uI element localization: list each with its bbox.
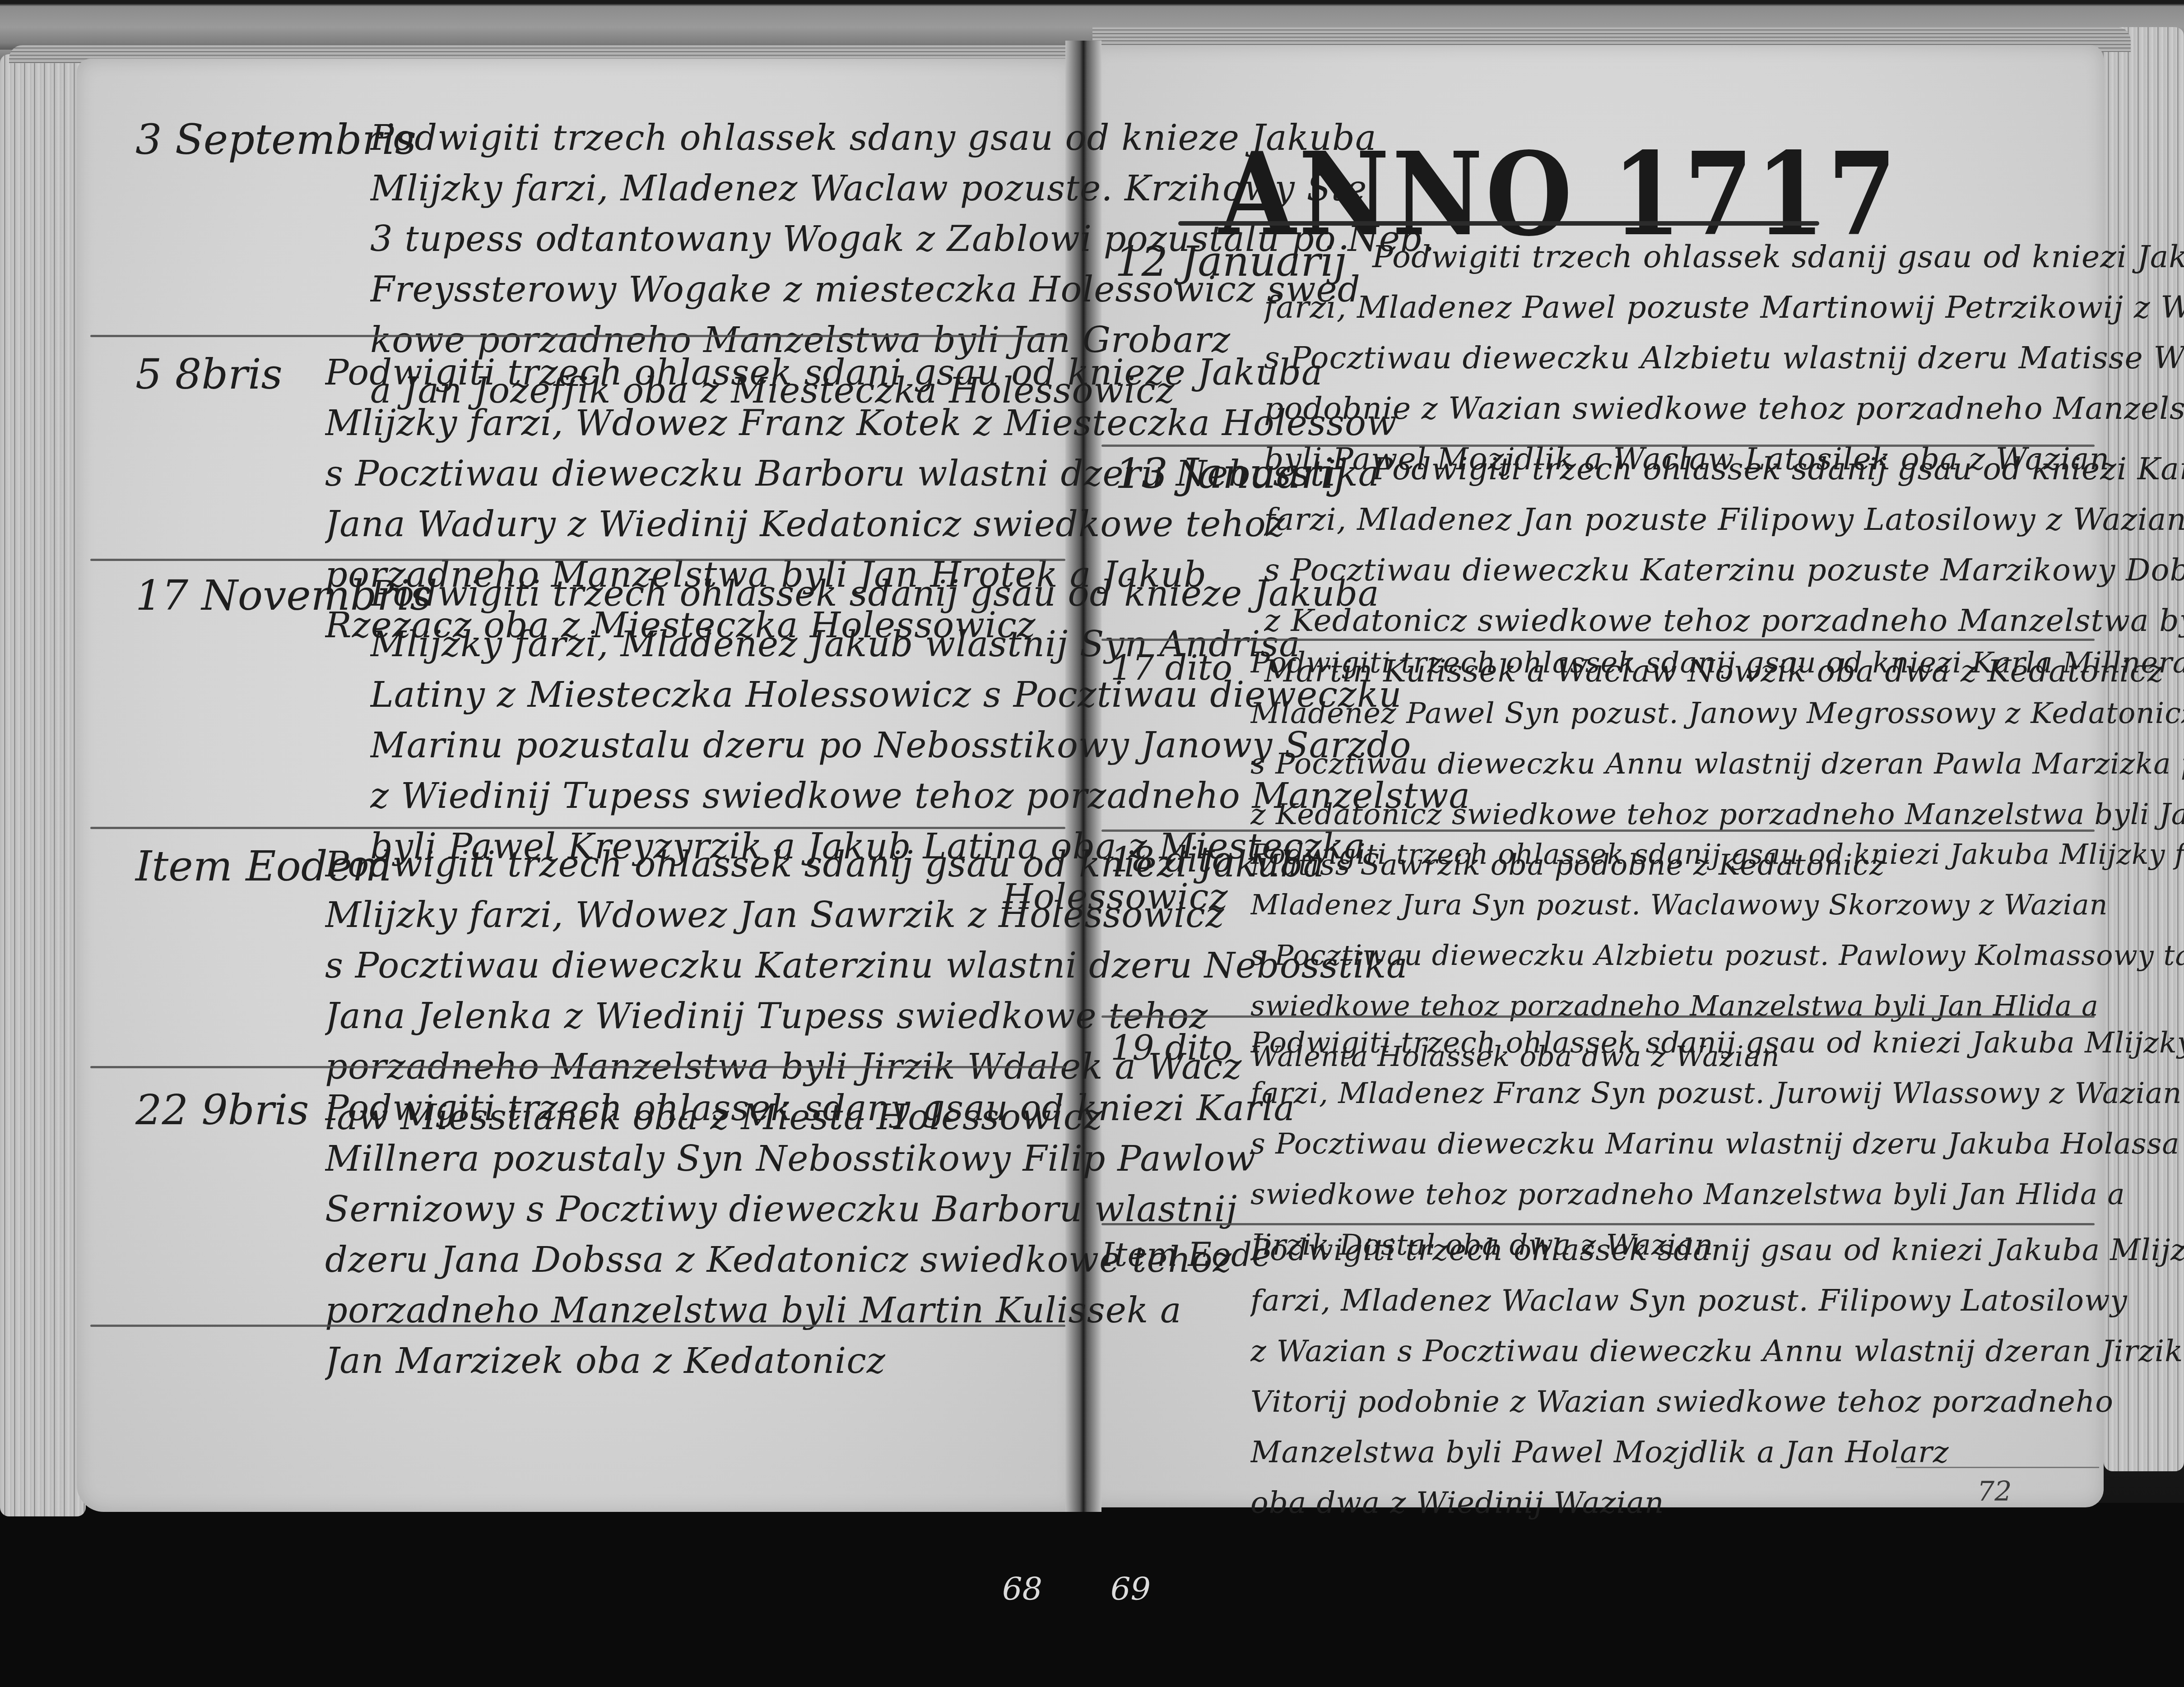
entry-divider xyxy=(1101,1223,2095,1225)
entry-line: Podwigiti trzech ohlassek sdanij gsau od… xyxy=(325,839,1408,890)
entry-line: Podwigiti trzech ohlassek sdany gsau od … xyxy=(325,1083,1295,1134)
entry-line: z Wazian s Pocztiwau dieweczku Annu wlas… xyxy=(1250,1329,2184,1379)
entry-line: Podwigiti trzech ohlassek sdanij gsau od… xyxy=(1250,1228,2184,1278)
entry-date: 19 dito xyxy=(1111,1021,1232,1075)
entry-line: Mlijzky farzi, Wdowez Franz Kotek z Mies… xyxy=(325,398,1397,449)
entry-line: Podwigiti trzech ohlassek sdanij gsau od… xyxy=(1250,833,2184,883)
page-edges-left xyxy=(0,54,86,1516)
entry-line: Podwigiti trzech ohlassek sdanij gsau od… xyxy=(1264,447,2184,497)
entry-divider xyxy=(90,1325,1065,1327)
heading-underline xyxy=(1178,221,1819,226)
entry-line: Podwigiti trzech ohlassek sdanij gsau od… xyxy=(1250,641,2184,691)
entry-divider xyxy=(90,827,1065,829)
entry-line: Podwigiti trzech ohlassek sdanij gsau od… xyxy=(1264,235,2184,285)
footer-rule xyxy=(1896,1467,2099,1468)
entry-line: farzi, Mladenez Waclaw Syn pozust. Filip… xyxy=(1250,1278,2184,1329)
entry-line: s Pocztiwau dieweczku Katerzinu wlastni … xyxy=(325,941,1408,991)
folio-number: 72 xyxy=(1977,1476,2012,1507)
entry-line: Jan Marzizek oba z Kedatonicz xyxy=(325,1336,1295,1386)
entry-divider xyxy=(90,335,1065,337)
entry-divider xyxy=(90,1066,1065,1068)
entry-line: s Pocztiwau dieweczku Katerzinu pozuste … xyxy=(1264,548,2184,598)
entry-line: swiedkowe tehoz porzadneho Manzelstwa by… xyxy=(1250,1173,2184,1223)
entry-line: Podwigiti trzech ohlassek sdanij gsau od… xyxy=(1250,1021,2184,1071)
entry-line: Mladenez Pawel Syn pozust. Janowy Megros… xyxy=(1250,691,2184,742)
page-number-right: 69 xyxy=(1111,1571,1151,1608)
entry-date: 18 dito xyxy=(1111,833,1232,887)
entry-date: 5 8bris xyxy=(135,348,283,402)
entry-line: farzi, Mladenez Jan pozuste Filipowy Lat… xyxy=(1264,497,2184,548)
entry-divider xyxy=(1101,1015,2095,1018)
entry-line: farzi, Mladenez Franz Syn pozust. Jurowi… xyxy=(1250,1071,2184,1122)
entry-line: podobnie z Wazian swiedkowe tehoz porzad… xyxy=(1264,386,2184,437)
page-number-left: 68 xyxy=(1002,1571,1042,1608)
entry-divider xyxy=(90,559,1065,561)
entry-date: 22 9bris xyxy=(135,1083,309,1137)
entry-line: s Pocztiwau dieweczku Marinu wlastnij dz… xyxy=(1250,1122,2184,1173)
entry-divider xyxy=(1101,830,2095,832)
entry-line: Podwigiti trzech ohlassek sdani gsau od … xyxy=(325,348,1397,398)
entry-line: s Pocztiwau dieweczku Alzbietu pozust. P… xyxy=(1250,934,2184,984)
entry-line: Manzelstwa byli Pawel Mozjdlik a Jan Hol… xyxy=(1250,1430,2184,1480)
entry-date: Item Eode xyxy=(1101,1228,1271,1282)
entry-date: 17 dito xyxy=(1111,641,1232,695)
entry-line: Mladenez Jura Syn pozust. Waclawowy Skor… xyxy=(1250,883,2184,934)
entry-line: porzadneho Manzelstwa byli Martin Kuliss… xyxy=(325,1285,1295,1336)
entry-line: oba dwa z Wiedinij Wazian xyxy=(1250,1480,2184,1531)
entry-line: s Pocztiwau dieweczku Annu wlastnij dzer… xyxy=(1250,742,2184,793)
entry-line: s Pocztiwau dieweczku Alzbietu wlastnij … xyxy=(1264,336,2184,386)
entry-line: Millnera pozustaly Syn Nebosstikowy Fili… xyxy=(325,1134,1295,1184)
entry-line: Jana Wadury z Wiedinij Kedatonicz swiedk… xyxy=(325,499,1397,550)
entry-line: Vitorij podobnie z Wazian swiedkowe teho… xyxy=(1250,1379,2184,1430)
manuscript-scan: 3 Septembris Podwigiti trzech ohlassek s… xyxy=(0,0,2184,1687)
entry-line: Mlijzky farzi, Wdowez Jan Sawrzik z Hole… xyxy=(325,890,1408,941)
entry-line: farzi, Mladenez Pawel pozuste Martinowij… xyxy=(1264,285,2184,336)
